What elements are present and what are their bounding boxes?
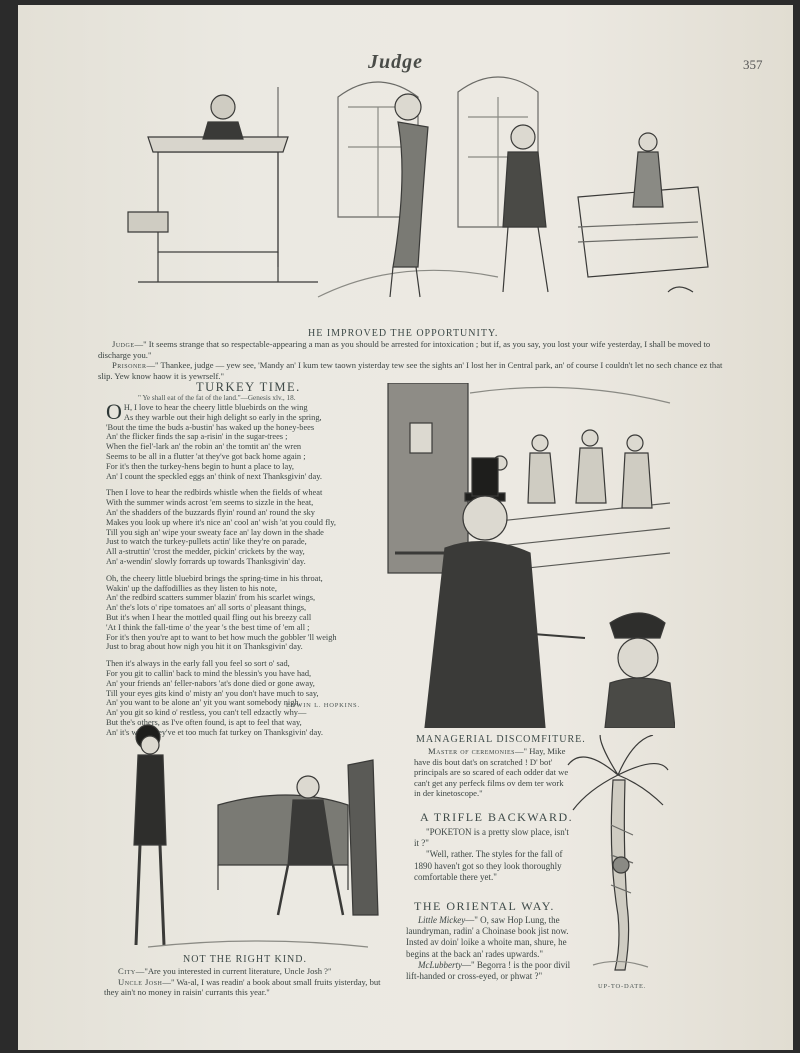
palm-caption: UP-TO-DATE.: [598, 983, 646, 990]
parlor-dialog: City—"Are you interested in current lite…: [104, 966, 389, 998]
trifle-backward-body: "POKETON is a pretty slow place, isn't i…: [414, 827, 572, 883]
dialog-line-prisoner: Prisoner—" Thankee, judge — yew see, 'Ma…: [98, 360, 730, 381]
poem-stanza: O H, I love to hear the cheery little bl…: [106, 403, 371, 481]
dialog-line-judge: Judge—" It seems strange that so respect…: [98, 339, 730, 360]
drop-cap: O: [106, 403, 122, 421]
poem-body: O H, I love to hear the cheery little bl…: [106, 403, 371, 745]
oriental-way-body: Little Mickey—" O, saw Hop Lung, the lau…: [406, 915, 572, 982]
magazine-page: Judge 357 HE IMPROVED THE OP: [18, 5, 793, 1050]
poem-stanza: Then I love to hear the redbirds whistle…: [106, 488, 371, 566]
poem-epigraph: " Ye shall eat of the fat of the land."—…: [138, 394, 296, 402]
parlor-caption-title: NOT THE RIGHT KIND.: [183, 954, 307, 965]
courtroom-dialog: Judge—" It seems strange that so respect…: [98, 339, 730, 381]
boxing-caption-title: MANAGERIAL DISCOMFITURE.: [416, 734, 586, 745]
boxing-ring-illustration: [370, 383, 675, 728]
poem-stanza: Oh, the cheery little bluebird brings th…: [106, 574, 371, 652]
oriental-way-title: THE ORIENTAL WAY.: [414, 899, 555, 914]
courtroom-illustration: [98, 67, 748, 317]
courtroom-caption-title: HE IMPROVED THE OPPORTUNITY.: [308, 328, 498, 339]
boxing-dialog: Master of ceremonies—" Hay, Mike have di…: [414, 746, 572, 799]
parlor-illustration: [108, 715, 393, 955]
poem-title: TURKEY TIME.: [196, 380, 301, 395]
trifle-backward-title: A TRIFLE BACKWARD.: [420, 810, 573, 825]
palm-tree-illustration: [563, 735, 673, 980]
poem-author: EDWIN L. HOPKINS.: [286, 702, 360, 709]
